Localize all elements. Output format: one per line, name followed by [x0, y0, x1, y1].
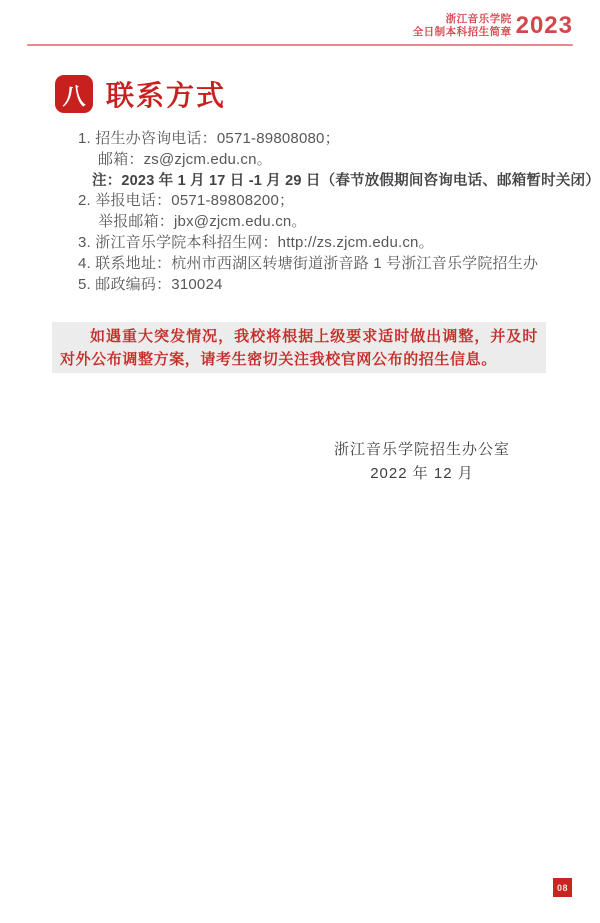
contact-item-report-phone: 2. 举报电话：0571-89808200；	[78, 191, 558, 212]
header-brochure-title: 全日制本科招生简章	[413, 26, 512, 39]
signature-office: 浙江音乐学院招生办公室	[334, 438, 510, 462]
contact-item-email: 邮箱：zs@zjcm.edu.cn。	[78, 150, 558, 171]
section-number-badge: 八	[55, 75, 93, 113]
header-org-name: 浙江音乐学院	[413, 13, 512, 26]
contact-item-address: 4. 联系地址：杭州市西湖区转塘街道浙音路 1 号浙江音乐学院招生办	[78, 254, 558, 275]
header-org-lines: 浙江音乐学院 全日制本科招生简章	[413, 13, 512, 39]
section-heading: 八 联系方式	[55, 74, 226, 114]
signature-block: 浙江音乐学院招生办公室 2022 年 12 月	[334, 438, 510, 486]
page-header: 浙江音乐学院 全日制本科招生简章 2023	[413, 13, 573, 39]
contact-item-website: 3. 浙江音乐学院本科招生网：http://zs.zjcm.edu.cn。	[78, 233, 558, 254]
contact-item-postcode: 5. 邮政编码：310024	[78, 275, 558, 296]
page-number-badge: 08	[553, 878, 572, 897]
document-page: 浙江音乐学院 全日制本科招生简章 2023 八 联系方式 1. 招生办咨询电话：…	[0, 0, 600, 923]
section-title: 联系方式	[106, 74, 226, 114]
contact-list: 1. 招生办咨询电话：0571-89808080； 邮箱：zs@zjcm.edu…	[78, 129, 558, 295]
contact-item-holiday-note: 注：2023 年 1 月 17 日 -1 月 29 日（春节放假期间咨询电话、邮…	[78, 171, 558, 192]
contact-item-report-email: 举报邮箱：jbx@zjcm.edu.cn。	[78, 212, 558, 233]
header-year: 2023	[516, 14, 573, 38]
contact-item-phone: 1. 招生办咨询电话：0571-89808080；	[78, 129, 558, 150]
emergency-notice-box: 如遇重大突发情况，我校将根据上级要求适时做出调整，并及时对外公布调整方案，请考生…	[52, 322, 546, 373]
signature-date: 2022 年 12 月	[334, 462, 510, 486]
header-divider	[27, 44, 573, 46]
